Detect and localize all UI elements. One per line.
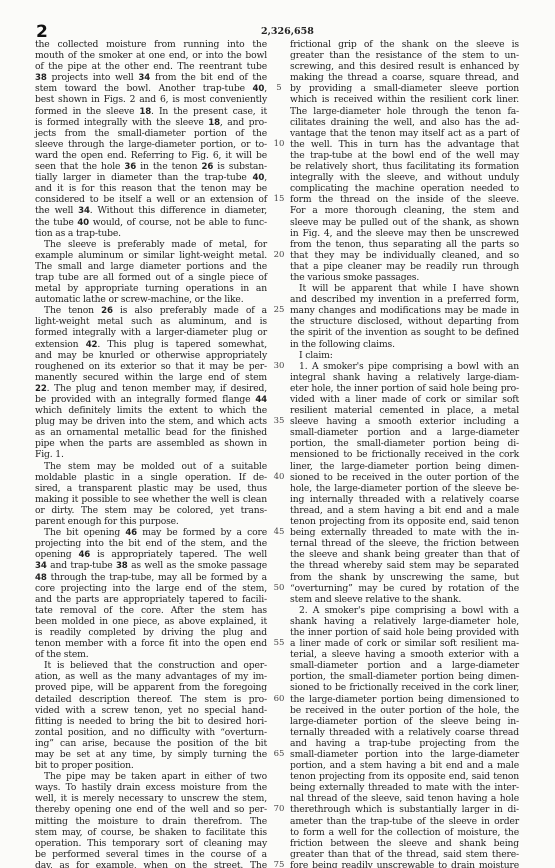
- text-line: from the tenon, thus separating all the …: [290, 239, 519, 250]
- text-line: The stem may be molded out of a suitable: [35, 461, 267, 472]
- text-line: the large-diameter portion being dimensi…: [290, 694, 519, 705]
- line-number-spacer: [269, 605, 289, 616]
- text-line: shank having a relatively large-diameter…: [290, 616, 519, 627]
- text-line: parent enough for this purpose.: [35, 516, 267, 527]
- text-line: portion, the small-diameter portion bein…: [290, 671, 519, 682]
- text-line: tion as a trap-tube.: [35, 228, 267, 239]
- line-number-spacer: [269, 272, 289, 283]
- line-number: 30: [269, 361, 289, 372]
- line-number-spacer: [269, 372, 289, 383]
- text-line: The tenon 26 is also preferably made of …: [35, 305, 267, 316]
- text-line: mensioned to be frictionally received in…: [290, 449, 519, 460]
- text-line: tenon member with a force fit into the o…: [35, 638, 267, 649]
- text-line: small-diameter portion into the large-di…: [290, 749, 519, 760]
- text-line: ameter than the trap-tube of the sleeve …: [290, 816, 519, 827]
- text-line: large-diameter portion of the sleeve bei…: [290, 716, 519, 727]
- text-line: bit to proper position.: [35, 760, 267, 771]
- text-line: The large-diameter hole through the teno…: [290, 106, 519, 117]
- text-line: stem toward the bowl. Another trap-tube …: [35, 83, 267, 94]
- text-line: a liner made of cork or similar soft res…: [290, 638, 519, 649]
- text-line: 48 through the trap-tube, may all be for…: [35, 572, 267, 583]
- line-number-spacer: [269, 438, 289, 449]
- line-number: 35: [269, 416, 289, 427]
- text-line: eter hole, the inner portion of said hol…: [290, 383, 519, 394]
- text-line: manently secured within the large end of…: [35, 372, 267, 383]
- text-line: extension 42. This plug is tapered somew…: [35, 339, 267, 350]
- text-line: automatic lathe or screw-machine, or the…: [35, 294, 267, 305]
- text-line: core projecting into the large end of th…: [35, 583, 267, 594]
- line-number: 75: [269, 860, 289, 868]
- line-number-spacer: [269, 350, 289, 361]
- text-line: making the thread a coarse, square threa…: [290, 72, 519, 83]
- line-number-spacer: [269, 760, 289, 771]
- line-number: 15: [269, 194, 289, 205]
- text-line: sioned to be frictionally received in th…: [290, 682, 519, 693]
- text-line: best shown in Figs. 2 and 6, is most con…: [35, 94, 267, 105]
- text-line: thread, and a stem having a bit end and …: [290, 505, 519, 516]
- text-line: the collected moisture from running into…: [35, 39, 267, 50]
- text-line: light-weight metal such as aluminum, and…: [35, 316, 267, 327]
- line-number-spacer: [269, 128, 289, 139]
- text-line: in Fig. 4, and the sleeve may then be un…: [290, 228, 519, 239]
- text-line: ward the open end. Referring to Fig. 6, …: [35, 150, 267, 161]
- text-line: greater than that of the thread, said st…: [290, 849, 519, 860]
- text-line: integrally with the sleeve, and without …: [290, 172, 519, 183]
- text-line: small-diameter portion and a large-diame…: [290, 660, 519, 671]
- text-line: moldable plastic in a single operation. …: [35, 472, 267, 483]
- text-line: tially larger in diameter than the trap-…: [35, 172, 267, 183]
- text-line: and described my invention in a preferre…: [290, 294, 519, 305]
- line-number: 55: [269, 638, 289, 649]
- line-number-spacer: [269, 261, 289, 272]
- line-number-spacer: [269, 816, 289, 827]
- line-number: 65: [269, 749, 289, 760]
- text-line: the tube 40 would, of course, not be abl…: [35, 217, 267, 228]
- text-line: and may be knurled or otherwise appropri…: [35, 350, 267, 361]
- patent-number: 2,326,658: [261, 26, 314, 37]
- text-line: detailed description thereof. The stem i…: [35, 694, 267, 705]
- text-line: the thread whereby said stem may be sepa…: [290, 560, 519, 571]
- right-text-column: frictional grip of the shank on the slee…: [290, 39, 519, 868]
- text-line: sleeve may be pulled out of the shank, a…: [290, 217, 519, 228]
- text-line: complicating the machine operation neede…: [290, 183, 519, 194]
- text-line: well, it is merely necessary to unscrew …: [35, 793, 267, 804]
- text-line: 22. The plug and tenon member may, if de…: [35, 383, 267, 394]
- text-line: ternally threaded with a relatively coar…: [290, 727, 519, 738]
- text-line: frictional grip of the shank on the slee…: [290, 39, 519, 50]
- text-line: The small and large diameter portions an…: [35, 261, 267, 272]
- text-line: ing internally threaded with a relativel…: [290, 494, 519, 505]
- text-line: The pipe may be taken apart in either of…: [35, 771, 267, 782]
- text-line: I claim:: [290, 350, 519, 361]
- text-line: the various smoke passages.: [290, 272, 519, 283]
- text-line: stem may, of course, be shaken to facili…: [35, 827, 267, 838]
- text-line: screwing, and this desired result is enh…: [290, 61, 519, 72]
- line-number-spacer: [269, 205, 289, 216]
- text-line: which definitely limits the extent to wh…: [35, 405, 267, 416]
- text-line: tenon projecting from its opposite end, …: [290, 516, 519, 527]
- text-line: fitting is needed to bring the bit to de…: [35, 716, 267, 727]
- line-number: 10: [269, 139, 289, 150]
- text-line: “overturning” may be cured by rotation o…: [290, 583, 519, 594]
- text-line: stem and sleeve relative to the shank.: [290, 594, 519, 605]
- text-line: 38 projects into well 34 from the bit en…: [35, 72, 267, 83]
- text-line: For a more thorough cleaning, the stem a…: [290, 205, 519, 216]
- line-number-spacer: [269, 294, 289, 305]
- line-number-spacer: [269, 549, 289, 560]
- line-number-spacer: [269, 671, 289, 682]
- line-number-spacer: [269, 228, 289, 239]
- text-line: the well 34. Without this difference in …: [35, 205, 267, 216]
- text-line: may be set at any time, by simply turnin…: [35, 749, 267, 760]
- text-line: of the pipe at the other end. The reentr…: [35, 61, 267, 72]
- line-number-spacer: [269, 572, 289, 583]
- text-line: 34 and trap-tube 38 as well as the smoke…: [35, 560, 267, 571]
- text-line: It will be apparent that while I have sh…: [290, 283, 519, 294]
- text-line: making it possible to see whether the we…: [35, 494, 267, 505]
- text-line: thereby opening one end of the well and …: [35, 804, 267, 815]
- line-number-spacer: [269, 383, 289, 394]
- text-line: formed in the sleeve 18. In the present …: [35, 106, 267, 117]
- text-line: the sleeve and shank being greater than …: [290, 549, 519, 560]
- text-line: jects from the small-diameter portion of…: [35, 128, 267, 139]
- line-number-spacer: [269, 849, 289, 860]
- text-line: metal by appropriate turning operations …: [35, 283, 267, 294]
- text-line: ing” can arise, because the position of …: [35, 738, 267, 749]
- text-line: therethrough which is substantially larg…: [290, 804, 519, 815]
- line-number-spacer: [269, 793, 289, 804]
- text-line: the structure disclosed, without departi…: [290, 316, 519, 327]
- line-number-spacer: [269, 649, 289, 660]
- text-line: The bit opening 46 may be formed by a co…: [35, 527, 267, 538]
- line-number: 60: [269, 694, 289, 705]
- line-number-spacer: [269, 461, 289, 472]
- text-line: It is believed that the construction and…: [35, 660, 267, 671]
- line-number-spacer: [269, 560, 289, 571]
- text-line: greater than the resistance of the stem …: [290, 50, 519, 61]
- text-line: liner, the large-diameter portion being …: [290, 461, 519, 472]
- line-number: 50: [269, 583, 289, 594]
- text-line: projecting into the bit end of the stem,…: [35, 538, 267, 549]
- text-line: as an ornamental metallic bead for the f…: [35, 427, 267, 438]
- text-line: formed integrally with a larger-diameter…: [35, 327, 267, 338]
- text-line: plug may be driven into the stem, and wh…: [35, 416, 267, 427]
- text-line: fore being readily unscrewable to drain …: [290, 860, 519, 868]
- text-line: be provided with an integrally formed fl…: [35, 394, 267, 405]
- text-line: mouth of the smoker at one end, or into …: [35, 50, 267, 61]
- line-number-spacer: [269, 172, 289, 183]
- text-line: sleeve through the large-diameter portio…: [35, 139, 267, 150]
- text-line: the well. This in turn has the advantage…: [290, 139, 519, 150]
- line-number-spacer: [269, 39, 289, 50]
- text-line: resilient material cemented in place, a …: [290, 405, 519, 416]
- text-line: cilitates draining the well, and also ha…: [290, 117, 519, 128]
- line-number-spacer: [269, 838, 289, 849]
- text-line: the trap-tube at the bowl end of the wel…: [290, 150, 519, 161]
- text-line: 2. A smoker's pipe comprising a bowl wit…: [290, 605, 519, 616]
- line-number-spacer: [269, 538, 289, 549]
- text-line: that they may be individually cleaned, a…: [290, 250, 519, 261]
- line-number-spacer: [269, 50, 289, 61]
- text-line: trap tube are all formed out of a single…: [35, 272, 267, 283]
- text-line: vided with a liner made of cork or simil…: [290, 394, 519, 405]
- line-number: 40: [269, 472, 289, 483]
- line-number-spacer: [269, 161, 289, 172]
- line-number-spacer: [269, 316, 289, 327]
- line-number-spacer: [269, 494, 289, 505]
- text-line: form the thread on the inside of the sle…: [290, 194, 519, 205]
- line-number-spacer: [269, 727, 289, 738]
- line-number-spacer: [269, 616, 289, 627]
- line-number-spacer: [269, 394, 289, 405]
- text-line: day, as for example, when on the street.…: [35, 860, 267, 868]
- text-line: be relatively short, thus facilitating i…: [290, 161, 519, 172]
- text-line: ternal thread of the sleeve, the frictio…: [290, 538, 519, 549]
- line-number: 5: [269, 83, 289, 94]
- text-line: and the parts are appropriately tapered …: [35, 594, 267, 605]
- text-line: be received in the outer portion of the …: [290, 705, 519, 716]
- left-text-column: the collected moisture from running into…: [35, 39, 267, 868]
- text-line: sioned to be received in the outer porti…: [290, 472, 519, 483]
- text-line: be performed several times in the course…: [35, 849, 267, 860]
- text-line: to form a well for the collection of moi…: [290, 827, 519, 838]
- text-line: seen that the hole 36 in the tenon 26 is…: [35, 161, 267, 172]
- text-line: sleeve having a smooth exterior includin…: [290, 416, 519, 427]
- text-line: ways. To hastily drain excess moisture f…: [35, 782, 267, 793]
- text-line: friction between the sleeve and shank be…: [290, 838, 519, 849]
- line-number-spacer: [269, 94, 289, 105]
- text-line: tenon projecting from its opposite end, …: [290, 771, 519, 782]
- line-number-spacer: [269, 627, 289, 638]
- text-line: vided with a screw tenon, yet no special…: [35, 705, 267, 716]
- text-line: small-diameter portion and a large-diame…: [290, 427, 519, 438]
- line-number-gutter: 51015202530354045505560657075: [269, 39, 289, 868]
- line-number-spacer: [269, 150, 289, 161]
- text-line: many changes and modifications may be ma…: [290, 305, 519, 316]
- text-line: The sleeve is preferably made of metal, …: [35, 239, 267, 250]
- line-number-spacer: [269, 660, 289, 671]
- line-number-spacer: [269, 516, 289, 527]
- text-line: from the shank by unscrewing the same, b…: [290, 572, 519, 583]
- line-number-spacer: [269, 405, 289, 416]
- line-number-spacer: [269, 449, 289, 460]
- text-line: ation, as well as the many advantages of…: [35, 671, 267, 682]
- text-line: zontal position, and no difficulty with …: [35, 727, 267, 738]
- line-number-spacer: [269, 682, 289, 693]
- line-number-spacer: [269, 716, 289, 727]
- text-line: that a pipe cleaner may be readily run t…: [290, 261, 519, 272]
- text-line: sired, a transparent plastic may be used…: [35, 483, 267, 494]
- line-number-spacer: [269, 106, 289, 117]
- line-number-spacer: [269, 782, 289, 793]
- text-line: by providing a small-diameter sleeve por…: [290, 83, 519, 94]
- line-number-spacer: [269, 72, 289, 83]
- line-number: 70: [269, 804, 289, 815]
- text-line: integral shank having a relatively large…: [290, 372, 519, 383]
- text-line: or dirty. The stem may be colored, yet t…: [35, 505, 267, 516]
- line-number-spacer: [269, 183, 289, 194]
- text-line: being externally threaded to mate with t…: [290, 782, 519, 793]
- line-number-spacer: [269, 427, 289, 438]
- line-number-spacer: [269, 283, 289, 294]
- text-line: tate removal of the core. After the stem…: [35, 605, 267, 616]
- line-number-spacer: [269, 594, 289, 605]
- text-line: vantage that the tenon may itself act as…: [290, 128, 519, 139]
- text-line: is formed integrally with the sleeve 18,…: [35, 117, 267, 128]
- text-line: example aluminum or similar light-weight…: [35, 250, 267, 261]
- text-line: and it is for this reason that the tenon…: [35, 183, 267, 194]
- text-line: mitting the moisture to drain therefrom.…: [35, 816, 267, 827]
- text-line: 1. A smoker's pipe comprising a bowl wit…: [290, 361, 519, 372]
- line-number-spacer: [269, 738, 289, 749]
- line-number-spacer: [269, 117, 289, 128]
- line-number-spacer: [269, 327, 289, 338]
- line-number: 45: [269, 527, 289, 538]
- line-number-spacer: [269, 61, 289, 72]
- line-number-spacer: [269, 239, 289, 250]
- text-line: Fig. 1.: [35, 449, 267, 460]
- text-line: operation. This temporary sort of cleani…: [35, 838, 267, 849]
- text-line: pipe when the parts are assembled as sho…: [35, 438, 267, 449]
- text-line: portion, the small-diameter portion bein…: [290, 438, 519, 449]
- text-line: the inner portion of said hole being pro…: [290, 627, 519, 638]
- text-line: been molded in one piece, as above expla…: [35, 616, 267, 627]
- line-number-spacer: [269, 771, 289, 782]
- text-line: considered to be itself a well or an ext…: [35, 194, 267, 205]
- line-number: 25: [269, 305, 289, 316]
- line-number-spacer: [269, 505, 289, 516]
- line-number-spacer: [269, 827, 289, 838]
- text-line: opening 46 is appropriately tapered. The…: [35, 549, 267, 560]
- text-line: of the stem.: [35, 649, 267, 660]
- line-number-spacer: [269, 339, 289, 350]
- line-number-spacer: [269, 483, 289, 494]
- text-line: which is received within the resilient c…: [290, 94, 519, 105]
- text-line: terial, a sleeve having a smooth exterio…: [290, 649, 519, 660]
- line-number-spacer: [269, 217, 289, 228]
- line-number-spacer: [269, 705, 289, 716]
- text-line: proved pipe, will be apparent from the f…: [35, 682, 267, 693]
- text-line: and having a trap-tube projecting from t…: [290, 738, 519, 749]
- text-line: roughened on its exterior so that it may…: [35, 361, 267, 372]
- text-line: in the following claims.: [290, 339, 519, 350]
- text-line: nal thread of the sleeve, said tenon hav…: [290, 793, 519, 804]
- line-number: 20: [269, 250, 289, 261]
- text-line: the spirit of the invention as sought to…: [290, 327, 519, 338]
- text-line: portion, and a stem having a bit end and…: [290, 760, 519, 771]
- text-line: hole, the large-diameter portion of the …: [290, 483, 519, 494]
- text-line: being externally threaded to mate with t…: [290, 527, 519, 538]
- text-line: is readily completed by driving the plug…: [35, 627, 267, 638]
